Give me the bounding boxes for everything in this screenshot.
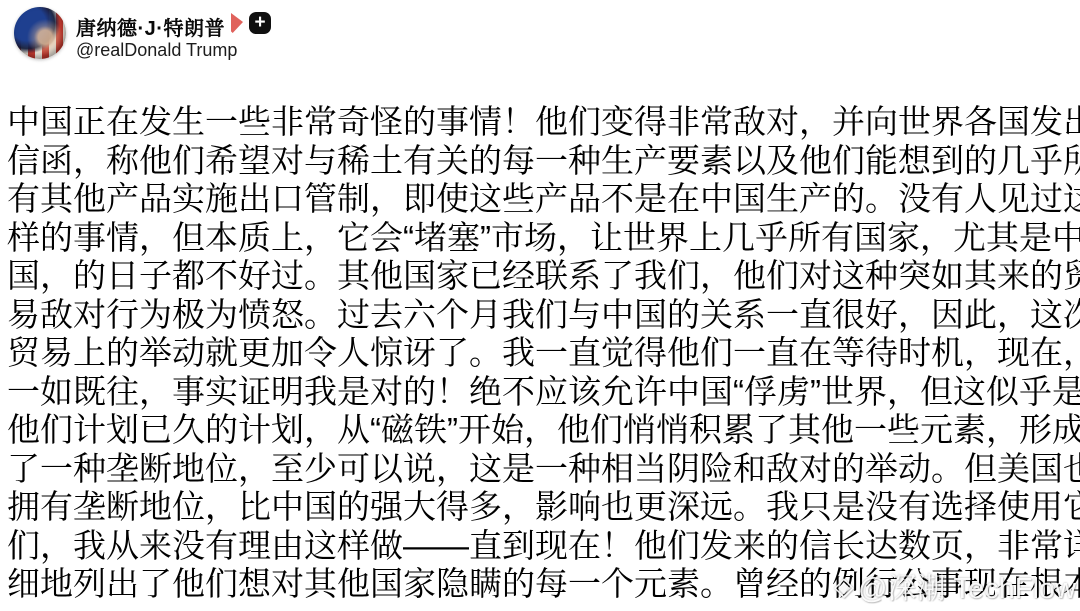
post-text-line: 们，我从来没有理由这样做——直到现在！他们发来的信长达数页，非常详 [7, 527, 1080, 566]
profile-avatar[interactable] [14, 7, 66, 59]
flag-icon [231, 13, 243, 33]
post-text-line: 样的事情，但本质上，它会“堵塞”市场，让世界上几乎所有国家，尤其是中 [7, 219, 1080, 258]
post-text-line: 了一种垄断地位，至少可以说，这是一种相当阴险和敌对的举动。但美国也 [7, 450, 1080, 489]
post-text-line: 贸易上的举动就更加令人惊讶了。我一直觉得他们一直在等待时机，现在， [7, 334, 1080, 373]
post-text-line: 细地列出了他们想对其他国家隐瞒的每一个元素。曾经的例行公事现在根本 [7, 565, 1080, 604]
post-text-line: 有其他产品实施出口管制，即使这些产品不是在中国生产的。没有人见过这 [7, 180, 1080, 219]
post-text-line: 中国正在发生一些非常奇怪的事情！他们变得非常敌对，并向世界各国发出 [7, 103, 1080, 142]
profile-display-name[interactable]: 唐纳德·J·特朗普 [76, 12, 225, 41]
post-text-line: 他们计划已久的计划，从“磁铁”开始，他们悄悄积累了其他一些元素，形成 [7, 411, 1080, 450]
post-header: 唐纳德·J·特朗普 + @realDonald Trump [0, 0, 1080, 72]
post-text-line: 一如既往，事实证明我是对的！绝不应该允许中国“俘虏”世界，但这似乎是 [7, 373, 1080, 412]
plus-badge-icon[interactable]: + [249, 12, 271, 34]
profile-handle[interactable]: @realDonald Trump [76, 40, 237, 61]
post-text-line: 拥有垄断地位，比中国的强大得多，影响也更深远。我只是没有选择使用它 [7, 488, 1080, 527]
profile-badges: + [231, 12, 271, 34]
social-post: 唐纳德·J·特朗普 + @realDonald Trump 中国正在发生一些非常… [0, 0, 1080, 611]
post-text-line: 国，的日子都不好过。其他国家已经联系了我们，他们对这种突如其来的贸 [7, 257, 1080, 296]
post-text-line: 信函，称他们希望对与稀土有关的每一种生产要素以及他们能想到的几乎所 [7, 142, 1080, 181]
post-body: 中国正在发生一些非常奇怪的事情！他们变得非常敌对，并向世界各国发出 信函，称他们… [7, 103, 1080, 604]
post-text-line: 易敌对行为极为愤怒。过去六个月我们与中国的关系一直很好，因此，这次 [7, 296, 1080, 335]
